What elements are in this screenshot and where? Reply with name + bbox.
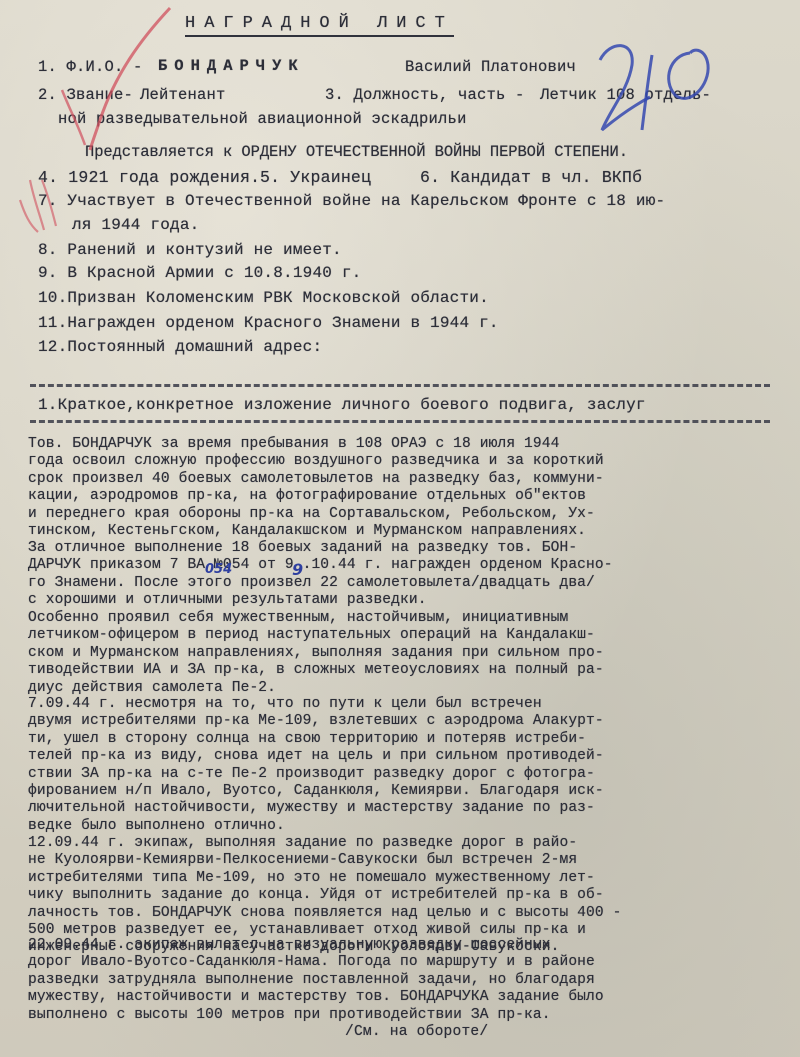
field-3-position: Летчик 108 отдель-: [540, 86, 711, 104]
narrative-paragraph-6: 22.09.44 г. экипаж вылетел на визуальную…: [28, 937, 790, 1024]
narrative-paragraph-2: За отличное выполнение 18 боевых заданий…: [28, 540, 790, 610]
field-5-nationality: 5. Украинец: [260, 168, 371, 187]
field-3-label: 3. Должность, часть -: [325, 86, 525, 104]
field-3-unit: ной разведывательной авиационной эскадри…: [58, 110, 467, 128]
field-12-home-address: 12.Постоянный домашний адрес:: [38, 338, 322, 356]
field-2-rank: Лейтенант: [140, 86, 226, 104]
field-8-wounds: 8. Ранений и контузий не имеет.: [38, 241, 342, 259]
nominated-for-order: Представляется к ОРДЕНУ ОТЕЧЕСТВЕННОЙ ВО…: [85, 143, 628, 161]
handwritten-order-day: 9: [292, 560, 303, 579]
continued-on-reverse-note: /См. на обороте/: [345, 1024, 488, 1040]
field-11-previous-award: 11.Награжден орденом Красного Знамени в …: [38, 314, 499, 332]
field-10-conscription: 10.Призван Коломенским РВК Московской об…: [38, 289, 489, 307]
narrative-paragraph-1: Тов. БОНДАРЧУК за время пребывания в 108…: [28, 436, 790, 540]
award-sheet-page: НАГРАДНОЙ ЛИСТ 1. Ф.И.О. - БОНДАРЧУК Вас…: [0, 0, 800, 1057]
field-2-label: 2. Звание-: [38, 86, 133, 104]
narrative-paragraph-3: Особенно проявил себя мужественным, наст…: [28, 610, 790, 697]
field-7-line2: ля 1944 года.: [72, 216, 199, 234]
field-9-service-start: 9. В Красной Армии с 10.8.1940 г.: [38, 264, 361, 282]
field-1-surname: БОНДАРЧУК: [158, 57, 305, 75]
handwritten-order-number: 054: [205, 562, 232, 577]
divider-bottom: [30, 420, 770, 426]
field-7-line1: 7. Участвует в Отечественной войне на Ка…: [38, 192, 665, 210]
narrative-paragraph-4: 7.09.44 г. несмотря на то, что по пути к…: [28, 696, 790, 835]
field-1-given-names: Василий Платонович: [405, 58, 576, 76]
field-4-birth-year: 4. 1921 года рождения.: [38, 168, 260, 187]
divider-top: [30, 384, 770, 390]
section-heading: 1.Краткое,конкретное изложение личного б…: [38, 396, 646, 414]
document-title: НАГРАДНОЙ ЛИСТ: [185, 14, 454, 37]
field-1-label: 1. Ф.И.О. -: [38, 58, 143, 76]
field-6-party: 6. Кандидат в чл. ВКПб: [420, 168, 642, 187]
